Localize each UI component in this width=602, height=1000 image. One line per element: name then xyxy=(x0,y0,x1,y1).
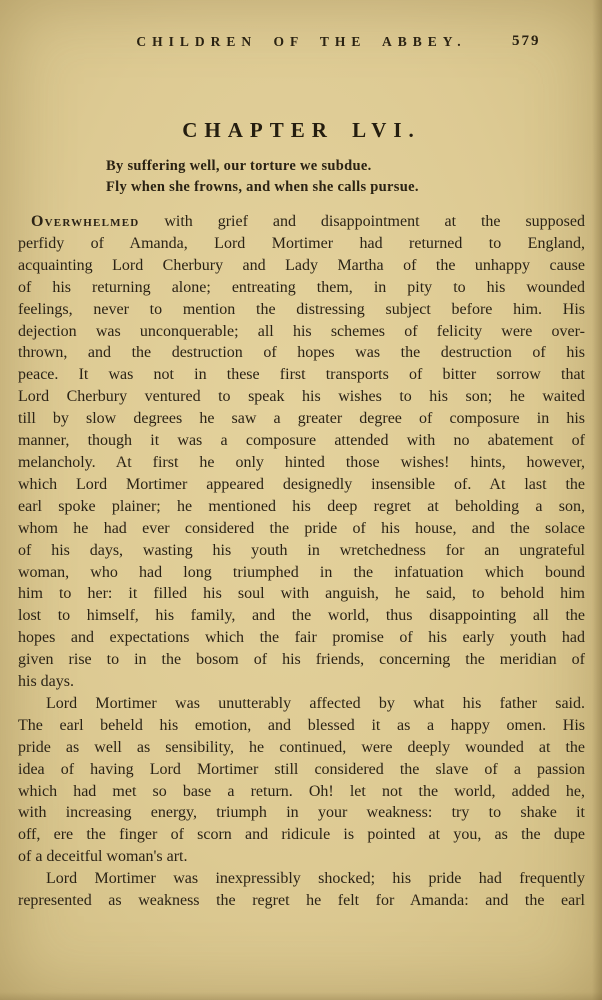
text-line: of his days, wasting his youth in wretch… xyxy=(18,540,585,562)
paragraph: Overwhelmed with grief and disappointmen… xyxy=(18,211,585,693)
epigraph-line: By suffering well, our torture we subdue… xyxy=(106,156,585,177)
text-line: which had met so base a return. Oh! let … xyxy=(18,781,585,803)
body-text: Overwhelmed with grief and disappointmen… xyxy=(18,211,585,912)
header-title: CHILDREN OF THE ABBEY. xyxy=(18,34,585,50)
text-line: whom he had ever considered the pride of… xyxy=(18,518,585,540)
text-line: his days. xyxy=(18,671,585,693)
text-line: melancholy. At first he only hinted thos… xyxy=(18,452,585,474)
epigraph: By suffering well, our torture we subdue… xyxy=(106,156,585,198)
text-line: pride as well as sensibility, he continu… xyxy=(18,737,585,759)
text-line: given rise to in the bosom of his friend… xyxy=(18,649,585,671)
text-line: peace. It was not in these first transpo… xyxy=(18,364,585,386)
text-line: Lord Mortimer was inexpressibly shocked;… xyxy=(18,868,585,890)
text-line: of his returning alone; entreating them,… xyxy=(18,277,585,299)
text-line: Overwhelmed with grief and disappointmen… xyxy=(18,211,585,233)
paragraph: Lord Mortimer was inexpressibly shocked;… xyxy=(18,868,585,912)
text-line: perfidy of Amanda, Lord Mortimer had ret… xyxy=(18,233,585,255)
page-number: 579 xyxy=(512,33,541,50)
running-header: CHILDREN OF THE ABBEY. 579 xyxy=(18,34,585,54)
text-line: till by slow degrees he saw a greater de… xyxy=(18,408,585,430)
text-line: feelings, never to mention the distressi… xyxy=(18,299,585,321)
text-line: of a deceitful woman's art. xyxy=(18,846,585,868)
text-line: which Lord Mortimer appeared designedly … xyxy=(18,474,585,496)
lead-word: Overwhelmed xyxy=(31,213,139,230)
text-line: manner, though it was a composure attend… xyxy=(18,430,585,452)
text-line: acquainting Lord Cherbury and Lady Marth… xyxy=(18,255,585,277)
chapter-title: CHAPTER LVI. xyxy=(18,118,585,143)
text-line: off, ere the finger of scorn and ridicul… xyxy=(18,824,585,846)
text-line: lost to himself, his family, and the wor… xyxy=(18,605,585,627)
text-line: hopes and expectations which the fair pr… xyxy=(18,627,585,649)
text-line: with increasing energy, triumph in your … xyxy=(18,802,585,824)
text-line: dejection was unconquerable; all his sch… xyxy=(18,321,585,343)
text-line: represented as weakness the regret he fe… xyxy=(18,890,585,912)
text-line: Lord Mortimer was unutterably affected b… xyxy=(18,693,585,715)
text-line: Lord Cherbury ventured to speak his wish… xyxy=(18,386,585,408)
text-line: woman, who had long triumphed in the inf… xyxy=(18,562,585,584)
text-line: him to her: it filled his soul with angu… xyxy=(18,583,585,605)
paragraph: Lord Mortimer was unutterably affected b… xyxy=(18,693,585,868)
book-page: CHILDREN OF THE ABBEY. 579 CHAPTER LVI. … xyxy=(0,0,602,1000)
text-line: idea of having Lord Mortimer still consi… xyxy=(18,759,585,781)
text-line: earl spoke plainer; he mentioned his dee… xyxy=(18,496,585,518)
text-line: thrown, and the destruction of hopes was… xyxy=(18,342,585,364)
epigraph-line: Fly when she frowns, and when she calls … xyxy=(106,177,585,198)
text-line: The earl beheld his emotion, and blessed… xyxy=(18,715,585,737)
